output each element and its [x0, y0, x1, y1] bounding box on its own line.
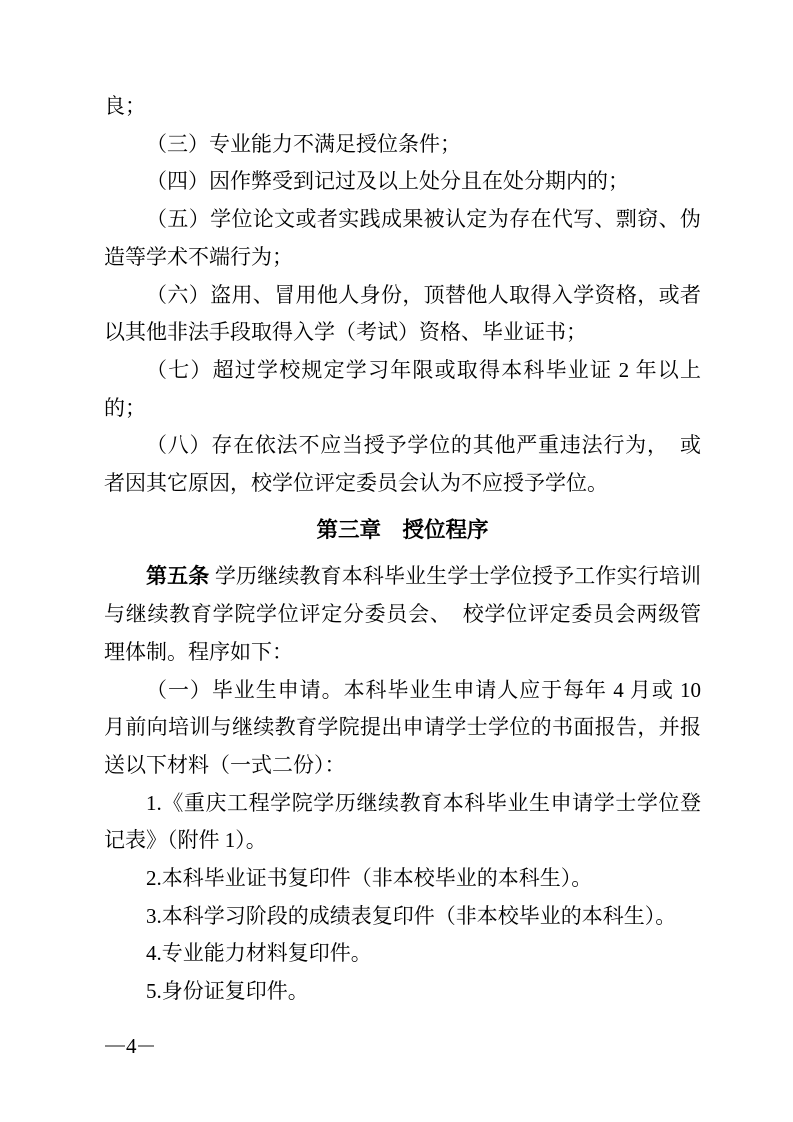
document-page: 良； （三）专业能力不满足授位条件； （四）因作弊受到记过及以上处分且在处分期内…: [0, 0, 793, 1122]
material-item-4: 4.专业能力材料复印件。: [104, 935, 701, 973]
footer-dash-right-icon: [138, 1045, 154, 1047]
clause-item-7: （七）超过学校规定学习年限或取得本科毕业证 2 年以上的；: [104, 352, 701, 427]
paragraph-continuation: 良；: [104, 88, 701, 126]
material-item-2: 2.本科毕业证书复印件（非本校毕业的本科生）。: [104, 860, 701, 898]
clause-item-3: （三）专业能力不满足授位条件；: [104, 126, 701, 164]
footer-dash-left-icon: [105, 1045, 125, 1047]
page-number: 4: [126, 1034, 137, 1058]
clause-item-4: （四）因作弊受到记过及以上处分且在处分期内的；: [104, 163, 701, 201]
clause-item-5: （五）学位论文或者实践成果被认定为存在代写、剽窃、伪造等学术不端行为；: [104, 201, 701, 276]
page-footer: 4: [105, 1034, 154, 1058]
chapter-heading: 第三章 授位程序: [104, 512, 701, 550]
clause-item-8: （八）存在依法不应当授予学位的其他严重违法行为， 或者因其它原因，校学位评定委员…: [104, 427, 701, 502]
clause-item-6: （六）盗用、冒用他人身份，顶替他人取得入学资格，或者以其他非法手段取得入学（考试…: [104, 277, 701, 352]
article-5-paragraph: 第五条 学历继续教育本科毕业生学士学位授予工作实行培训与继续教育学院学位评定分委…: [104, 558, 701, 671]
procedure-step-1: （一）毕业生申请。本科毕业生申请人应于每年 4 月或 10 月前向培训与继续教育…: [104, 672, 701, 785]
page-content: 良； （三）专业能力不满足授位条件； （四）因作弊受到记过及以上处分且在处分期内…: [104, 88, 701, 1011]
material-item-3: 3.本科学习阶段的成绩表复印件（非本校毕业的本科生）。: [104, 898, 701, 936]
material-item-1: 1.《重庆工程学院学历继续教育本科毕业生申请学士学位登记表》（附件 1）。: [104, 785, 701, 860]
article-5-label: 第五条: [146, 564, 209, 588]
material-item-5: 5.身份证复印件。: [104, 973, 701, 1011]
